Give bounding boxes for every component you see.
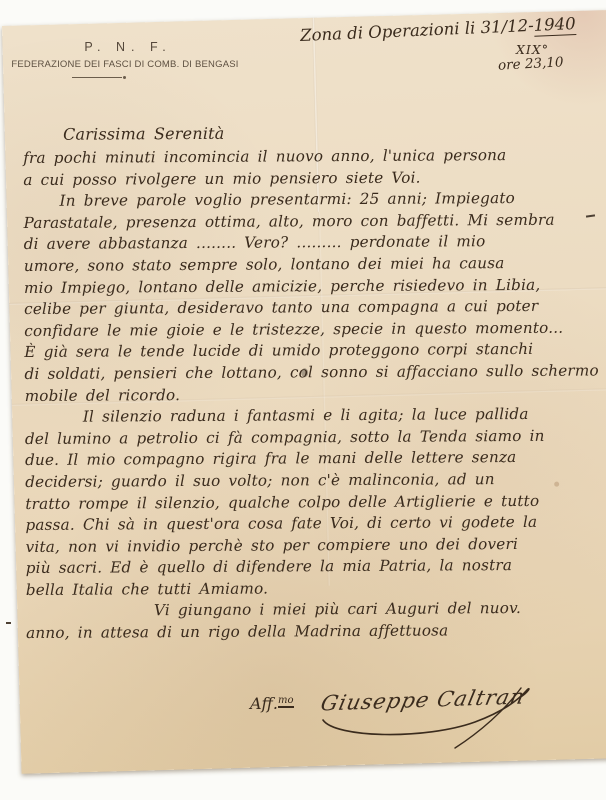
letter-content: P. N. F. FEDERAZIONE DEI FASCI DI COMB. … xyxy=(0,0,606,800)
letter-line: Il silenzio raduna i fantasmi e li agita… xyxy=(25,404,591,429)
letter-line: Vi giungano i miei più cari Auguri del n… xyxy=(26,598,592,623)
letterhead-abbr: P. N. F. xyxy=(10,40,240,54)
dateline-time: ore 23,10 xyxy=(498,54,564,73)
signature-prefix: Aff.mo xyxy=(250,694,294,713)
signature-prefix-sup: mo xyxy=(278,695,294,708)
margin-mark xyxy=(586,214,595,217)
dateline-year: 1940 xyxy=(533,14,576,37)
letter-line: passa. Chi sà in quest'ora cosa fate Voi… xyxy=(25,512,591,537)
letter-line: più sacri. Ed è quello di difendere la m… xyxy=(26,555,592,580)
letterhead: P. N. F. FEDERAZIONE DEI FASCI DI COMB. … xyxy=(10,40,240,78)
dateline-text: Zona di Operazioni li 31/12- xyxy=(300,16,534,45)
letter-line: celibe per giunta, desideravo tanto una … xyxy=(24,296,590,321)
dateline-place-date: Zona di Operazioni li 31/12-1940 xyxy=(300,14,576,45)
letter-line: Parastatale, presenza ottima, alto, moro… xyxy=(24,209,590,234)
letterhead-name: FEDERAZIONE DEI FASCI DI COMB. DI BENGAS… xyxy=(10,59,240,70)
letter-body: Carissima Serenità fra pochi minuti inco… xyxy=(23,121,592,645)
letter-line: due. Il mio compagno rigira fra le mani … xyxy=(25,447,591,472)
salutation: Carissima Serenità xyxy=(23,121,589,148)
margin-mark xyxy=(6,622,11,624)
signature-flourish-icon xyxy=(305,680,555,750)
letterhead-rule xyxy=(72,77,122,78)
letter-line: di soldati, pensieri che lottano, col so… xyxy=(24,360,590,385)
letter-line: fra pochi minuti incomincia il nuovo ann… xyxy=(23,145,589,170)
scanned-letter-page: P. N. F. FEDERAZIONE DEI FASCI DI COMB. … xyxy=(0,0,606,800)
letter-line: In breve parole voglio presentarmi: 25 a… xyxy=(23,188,589,213)
signature-prefix-text: Aff. xyxy=(250,694,278,713)
letter-line: anno, in attesa di un rigo della Madrina… xyxy=(26,620,592,645)
